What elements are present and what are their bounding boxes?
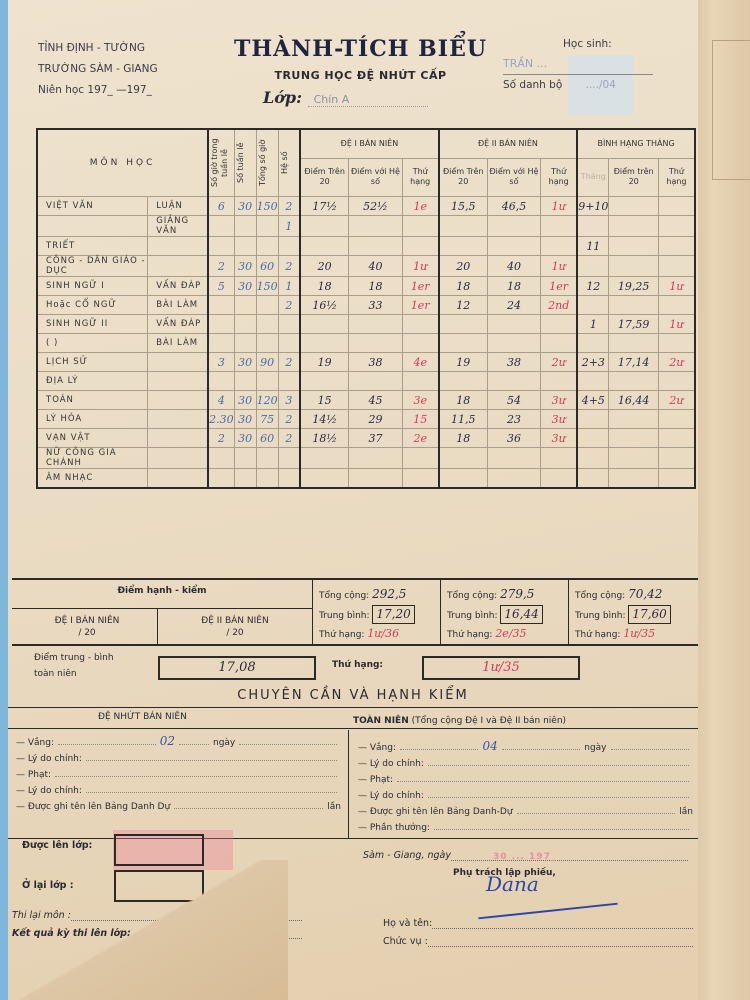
sem1-rank-cell: [402, 237, 439, 256]
student-value: TRẦN ...: [503, 54, 653, 75]
total-hours-cell: [256, 372, 278, 391]
coef-cell: 2: [278, 197, 300, 216]
subject-cell: [37, 216, 148, 237]
subject-cell: CÔNG - DÂN GIÁO - DỤC: [37, 256, 148, 277]
col-coef: Hệ số: [278, 129, 300, 197]
month-cell: 9+10: [577, 197, 609, 216]
total-hours-cell: 60: [256, 429, 278, 448]
total-hours-cell: [256, 448, 278, 469]
total-hours-cell: 120: [256, 391, 278, 410]
sem2-rank-cell: [541, 216, 578, 237]
sem1-rank-cell: 3e: [402, 391, 439, 410]
weeks-cell: 30: [234, 410, 256, 429]
sem1-coef-score-cell: [349, 469, 403, 488]
month-rank-cell: [658, 216, 695, 237]
subsubject-cell: [148, 410, 208, 429]
divider: [8, 838, 698, 839]
sem1-score-cell: 19: [300, 353, 349, 372]
month-rank-cell: [658, 296, 695, 315]
sem2-score-cell: [439, 315, 488, 334]
total-hours-cell: 90: [256, 353, 278, 372]
total-hours-cell: [256, 469, 278, 488]
coef-cell: 2: [278, 410, 300, 429]
hours-week-cell: 6: [208, 197, 234, 216]
attendance-right: — Vắng:04ngày — Lý do chính: — Phạt: — L…: [358, 738, 693, 836]
sem2-coef-score-cell: 54: [487, 391, 540, 410]
monthly-totals: Tổng cộng: 70,42 Trung bình: 17,60 Thứ h…: [568, 580, 698, 644]
subsubject-cell: VẤN ĐÁP: [148, 277, 208, 296]
hours-week-cell: [208, 448, 234, 469]
sem1-rank-cell: [402, 334, 439, 353]
total-hours-cell: 150: [256, 197, 278, 216]
hours-week-cell: [208, 216, 234, 237]
sem2-score-cell: 11,5: [439, 410, 488, 429]
sem1-rank-cell: 15: [402, 410, 439, 429]
retained-label: Ở lại lớp :: [22, 880, 74, 891]
table-row: TOÁN430120315453e18543ư4+516,442ư: [37, 391, 695, 410]
table-row: VẠN VẬT23060218½372e18363ư: [37, 429, 695, 448]
month-cell: 2+3: [577, 353, 609, 372]
sem2-coef-score-cell: [487, 237, 540, 256]
sem2-rank-cell: 1er: [541, 277, 578, 296]
sem1-score-cell: [300, 237, 349, 256]
hours-week-cell: 4: [208, 391, 234, 410]
total-hours-cell: 150: [256, 277, 278, 296]
sem1-rank-cell: 1ư: [402, 256, 439, 277]
coef-cell: 2: [278, 256, 300, 277]
sem1-score-cell: [300, 216, 349, 237]
left-absent-days: 02: [160, 733, 175, 749]
attendance-right-header: TOÀN NIÊN (Tổng cộng Đệ I và Đệ II bán n…: [353, 716, 566, 726]
sem2-score-cell: 18: [439, 429, 488, 448]
month-total: 70,42: [628, 587, 662, 601]
sem1-coef-score-cell: [349, 448, 403, 469]
total-hours-cell: [256, 334, 278, 353]
table-row: SINH NGỮ IIVẤN ĐÁP117,591ư: [37, 315, 695, 334]
sem2-rank-cell: [541, 315, 578, 334]
subject-header: MÔN HỌC: [37, 129, 208, 197]
sem1-score-cell: [300, 315, 349, 334]
school-name: TRƯỜNG SÀM - GIANG: [38, 59, 158, 80]
sem1-rank-cell: [402, 448, 439, 469]
month-cell: [577, 296, 609, 315]
sem2-coef-score-cell: [487, 469, 540, 488]
subsubject-cell: LUẬN: [148, 197, 208, 216]
sem1-rank-cell: [402, 469, 439, 488]
sem1-coef-score-cell: 29: [349, 410, 403, 429]
sem2-rank-cell: 1ư: [541, 197, 578, 216]
sem1-score-cell: 20: [300, 256, 349, 277]
subject-cell: VIỆT VĂN: [37, 197, 148, 216]
sem2-score-cell: 18: [439, 277, 488, 296]
sem2-total: 279,5: [500, 587, 534, 601]
month-cell: [577, 372, 609, 391]
table-row: LỊCH SỬ33090219384e19382ư2+317,142ư: [37, 353, 695, 372]
coef-cell: 2: [278, 429, 300, 448]
month-score-cell: 16,44: [609, 391, 658, 410]
roll-label: Số danh bộ: [503, 79, 562, 91]
weeks-cell: [234, 448, 256, 469]
month-rank: Thứ hạng: [658, 158, 695, 196]
year-avg-label: Điểm trung - bình toàn niên: [34, 650, 114, 682]
attendance-title: CHUYÊN CẦN VÀ HẠNH KIỂM: [8, 688, 698, 708]
sem2-score-cell: [439, 469, 488, 488]
month-score-cell: [609, 237, 658, 256]
total-hours-cell: [256, 296, 278, 315]
weeks-cell: [234, 315, 256, 334]
hours-week-cell: 5: [208, 277, 234, 296]
retake-field: Thi lại môn :: [12, 910, 302, 921]
sem2-score-cell: [439, 216, 488, 237]
sem2-coef-score-cell: 38: [487, 353, 540, 372]
month-score-cell: [609, 469, 658, 488]
coef-cell: [278, 315, 300, 334]
month-cell: 4+5: [577, 391, 609, 410]
subject-cell: SINH NGỮ I: [37, 277, 148, 296]
table-row: ( )BÀI LÀM: [37, 334, 695, 353]
coef-cell: 3: [278, 391, 300, 410]
school-year-end: —197_: [116, 84, 152, 96]
sem1-totals: Tổng cộng: 292,5 Trung bình: 17,20 Thứ h…: [312, 580, 440, 644]
sem2-header: ĐỆ II BÁN NIÊN: [439, 129, 577, 158]
weeks-cell: 30: [234, 197, 256, 216]
sem1-rank-cell: [402, 372, 439, 391]
sem1-score20: Điểm Trên 20: [300, 158, 349, 196]
weeks-cell: 30: [234, 429, 256, 448]
conduct-sem1: ĐỆ I BÁN NIÊN / 20: [22, 615, 152, 639]
summary-section: Điểm hạnh - kiểm ĐỆ I BÁN NIÊN / 20 ĐỆ I…: [12, 578, 698, 646]
sem2-coef-score-cell: [487, 315, 540, 334]
year-rank-label: Thứ hạng:: [332, 660, 383, 670]
document-subtitle: TRUNG HỌC ĐỆ NHỨT CẤP: [218, 69, 503, 82]
coef-cell: 2: [278, 353, 300, 372]
hours-week-cell: 2.30: [208, 410, 234, 429]
sem2-rank-cell: 3ư: [541, 429, 578, 448]
month-score-cell: 19,25: [609, 277, 658, 296]
hours-week-cell: [208, 315, 234, 334]
table-row: NỮ CÔNG GIA CHÁNH: [37, 448, 695, 469]
coef-cell: 1: [278, 277, 300, 296]
grades-table: MÔN HỌC Số giờ trong tuần lễ Số tuần lễ …: [36, 128, 696, 489]
sem2-rank-cell: 2nd: [541, 296, 578, 315]
class-field: Lớp: Chín A: [263, 88, 428, 107]
signature-stroke: [478, 903, 617, 920]
sem2-coef-score-cell: [487, 216, 540, 237]
table-row: ÂM NHẠC: [37, 469, 695, 488]
month-rank-cell: [658, 197, 695, 216]
sem2-score-cell: [439, 334, 488, 353]
subject-cell: ĐỊA LÝ: [37, 372, 148, 391]
divider: [8, 728, 698, 729]
sem2-coef-score-cell: 40: [487, 256, 540, 277]
sem1-coef-score-cell: 45: [349, 391, 403, 410]
sem1-score-coef: Điểm với Hệ số: [349, 158, 403, 196]
signature: Dana: [486, 872, 539, 896]
table-row: GIẢNG VĂN1: [37, 216, 695, 237]
hours-week-cell: [208, 469, 234, 488]
month-rank-cell: [658, 372, 695, 391]
coef-cell: 1: [278, 216, 300, 237]
month-cell: 12: [577, 277, 609, 296]
total-hours-cell: 75: [256, 410, 278, 429]
sem1-coef-score-cell: 18: [349, 277, 403, 296]
right-absent-days: 04: [482, 738, 497, 754]
month-score-cell: 17,59: [609, 315, 658, 334]
subject-cell: TRIẾT: [37, 237, 148, 256]
sem1-rank: Thứ hạng: [402, 158, 439, 196]
sem2-avg: 16,44: [500, 605, 542, 624]
sem2-score-cell: 18: [439, 391, 488, 410]
table-row: SINH NGỮ IVẤN ĐÁP530150118181er18181er12…: [37, 277, 695, 296]
month-rank-cell: [658, 256, 695, 277]
sem2-coef-score-cell: 46,5: [487, 197, 540, 216]
coef-cell: [278, 448, 300, 469]
year-average-section: Điểm trung - bình toàn niên 17,08 Thứ hạ…: [12, 648, 698, 684]
month-score-cell: [609, 197, 658, 216]
subject-cell: ÂM NHẠC: [37, 469, 148, 488]
document-title: THÀNH-TÍCH BIỂU: [218, 36, 503, 62]
month-rank-cell: 2ư: [658, 353, 695, 372]
table-row: CÔNG - DÂN GIÁO - DỤC23060220401ư20401ư: [37, 256, 695, 277]
conduct-title: Điểm hạnh - kiểm: [12, 586, 312, 596]
report-card-sheet: TỈNH ĐỊNH - TƯỜNG TRƯỜNG SÀM - GIANG Niê…: [8, 0, 698, 1000]
sem2-score-cell: 15,5: [439, 197, 488, 216]
hours-week-cell: [208, 334, 234, 353]
sem1-coef-score-cell: [349, 237, 403, 256]
sem2-score20: Điểm Trên 20: [439, 158, 488, 196]
subsubject-cell: [148, 391, 208, 410]
weeks-cell: [234, 334, 256, 353]
subject-cell: LÝ HÓA: [37, 410, 148, 429]
sem1-score-cell: 18: [300, 277, 349, 296]
hours-week-cell: 2: [208, 429, 234, 448]
sem1-score-cell: 18½: [300, 429, 349, 448]
sem2-score-cell: [439, 448, 488, 469]
total-hours-cell: 60: [256, 256, 278, 277]
weeks-cell: 30: [234, 277, 256, 296]
subject-cell: Hoặc CỔ NGỮ: [37, 296, 148, 315]
coef-cell: [278, 372, 300, 391]
month-score-cell: [609, 296, 658, 315]
sem2-coef-score-cell: 24: [487, 296, 540, 315]
month-avg: 17,60: [628, 605, 670, 624]
month-rank-cell: [658, 448, 695, 469]
month-rank-cell: 1ư: [658, 315, 695, 334]
sem2-coef-score-cell: [487, 448, 540, 469]
coef-cell: [278, 334, 300, 353]
sem1-coef-score-cell: 33: [349, 296, 403, 315]
sem2-rank-cell: 2ư: [541, 353, 578, 372]
coef-cell: 2: [278, 296, 300, 315]
sem1-rank-cell: 1er: [402, 296, 439, 315]
weeks-cell: [234, 237, 256, 256]
coef-cell: [278, 237, 300, 256]
sem1-rank-cell: [402, 216, 439, 237]
table-row: ĐỊA LÝ: [37, 372, 695, 391]
sem1-coef-score-cell: 38: [349, 353, 403, 372]
sem2-score-coef: Điểm với Hệ số: [487, 158, 540, 196]
divider: [348, 730, 349, 838]
weeks-cell: [234, 372, 256, 391]
month-cell: [577, 429, 609, 448]
month-score-cell: [609, 410, 658, 429]
subsubject-cell: BÀI LÀM: [148, 334, 208, 353]
roll-value: ..../04: [586, 79, 616, 91]
sem1-header: ĐỆ I BÁN NIÊN: [300, 129, 439, 158]
sem2-score-cell: [439, 372, 488, 391]
province: TỈNH ĐỊNH - TƯỜNG: [38, 38, 158, 59]
sem1-rank-cell: 2e: [402, 429, 439, 448]
subject-cell: VẠN VẬT: [37, 429, 148, 448]
hours-week-cell: [208, 237, 234, 256]
student-label: Học sinh:: [563, 34, 653, 54]
monthly-header: BÌNH HẠNG THÁNG: [577, 129, 695, 158]
sem1-coef-score-cell: [349, 315, 403, 334]
month-cell: 1: [577, 315, 609, 334]
weeks-cell: 30: [234, 391, 256, 410]
coef-cell: [278, 469, 300, 488]
month-cell: [577, 334, 609, 353]
sem1-coef-score-cell: [349, 216, 403, 237]
col-hours-week: Số giờ trong tuần lễ: [208, 129, 234, 197]
subsubject-cell: [148, 353, 208, 372]
sem2-score-cell: [439, 237, 488, 256]
subsubject-cell: [148, 469, 208, 488]
date-stamp: 30 ... 197_: [493, 852, 556, 862]
sem1-score-cell: 15: [300, 391, 349, 410]
total-hours-cell: [256, 237, 278, 256]
year-avg-value: 17,08: [158, 656, 316, 680]
sem2-coef-score-cell: [487, 372, 540, 391]
month-cell: [577, 256, 609, 277]
class-label: Lớp:: [263, 88, 302, 107]
sem2-rank-cell: [541, 372, 578, 391]
class-value: Chín A: [308, 93, 428, 107]
sem1-coef-score-cell: 52½: [349, 197, 403, 216]
sem1-avg: 17,20: [372, 605, 414, 624]
subsubject-cell: [148, 237, 208, 256]
month-rank-cell: [658, 469, 695, 488]
weeks-cell: 30: [234, 353, 256, 372]
conduct-row: ĐỆ I BÁN NIÊN / 20 ĐỆ II BÁN NIÊN / 20: [12, 608, 312, 644]
month-rank-value: 1ư/35: [623, 627, 655, 640]
sem2-rank-cell: [541, 334, 578, 353]
month-score-cell: [609, 448, 658, 469]
month-cell: 11: [577, 237, 609, 256]
month-rank-cell: 2ư: [658, 391, 695, 410]
month-rank-cell: [658, 429, 695, 448]
month-score-cell: [609, 372, 658, 391]
month-rank-cell: [658, 237, 695, 256]
subsubject-cell: VẤN ĐÁP: [148, 315, 208, 334]
subject-cell: NỮ CÔNG GIA CHÁNH: [37, 448, 148, 469]
table-row: LÝ HÓA2.303075214½291511,5233ư: [37, 410, 695, 429]
subject-cell: LỊCH SỬ: [37, 353, 148, 372]
sem2-coef-score-cell: 18: [487, 277, 540, 296]
subsubject-cell: [148, 372, 208, 391]
month-score-cell: [609, 216, 658, 237]
subject-cell: TOÁN: [37, 391, 148, 410]
weeks-cell: [234, 296, 256, 315]
sem1-coef-score-cell: [349, 372, 403, 391]
promoted-label: Được lên lớp:: [22, 840, 92, 851]
month-rank-cell: 1ư: [658, 277, 695, 296]
promoted-box: [114, 834, 204, 866]
attendance-left-header: ĐỆ NHỨT BÁN NIÊN: [98, 712, 187, 722]
sem1-score-cell: [300, 448, 349, 469]
subject-cell: SINH NGỮ II: [37, 315, 148, 334]
month-cell: [577, 216, 609, 237]
sem1-coef-score-cell: 37: [349, 429, 403, 448]
sem2-rank-cell: 3ư: [541, 410, 578, 429]
sem2-totals: Tổng cộng: 279,5 Trung bình: 16,44 Thứ h…: [440, 580, 568, 644]
retained-box: [114, 870, 204, 902]
month-cell: [577, 448, 609, 469]
table-row: TRIẾT11: [37, 237, 695, 256]
hours-week-cell: 3: [208, 353, 234, 372]
sem2-score-cell: 20: [439, 256, 488, 277]
sem2-rank-cell: [541, 448, 578, 469]
header-left: TỈNH ĐỊNH - TƯỜNG TRƯỜNG SÀM - GIANG Niê…: [38, 38, 158, 101]
hours-week-cell: 2: [208, 256, 234, 277]
subsubject-cell: [148, 256, 208, 277]
total-hours-cell: [256, 216, 278, 237]
subject-cell: ( ): [37, 334, 148, 353]
subsubject-cell: [148, 429, 208, 448]
month-score-cell: [609, 429, 658, 448]
table-row: Hoặc CỔ NGỮBÀI LÀM216½331er12242nd: [37, 296, 695, 315]
month-rank-cell: [658, 334, 695, 353]
month-cell: [577, 469, 609, 488]
sem1-rank-cell: 1e: [402, 197, 439, 216]
table-row: VIỆT VĂNLUẬN630150217½52½1e15,546,51ư9+1…: [37, 197, 695, 216]
sem2-coef-score-cell: 23: [487, 410, 540, 429]
weeks-cell: [234, 469, 256, 488]
school-year: Niên học 197_ —197_: [38, 80, 158, 101]
weeks-cell: 30: [234, 256, 256, 277]
sem2-rank-cell: [541, 469, 578, 488]
attendance-left: — Vắng:02ngày — Lý do chính: — Phạt: — L…: [16, 733, 341, 815]
subsubject-cell: GIẢNG VĂN: [148, 216, 208, 237]
sem1-score-cell: 17½: [300, 197, 349, 216]
total-hours-cell: [256, 315, 278, 334]
month-score: Điểm trên 20: [609, 158, 658, 196]
month-score-cell: [609, 334, 658, 353]
sem1-coef-score-cell: [349, 334, 403, 353]
col-weeks: Số tuần lễ: [234, 129, 256, 197]
sem2-rank-cell: 1ư: [541, 256, 578, 277]
sem1-score-cell: [300, 334, 349, 353]
school-year-start: 197_: [87, 84, 112, 96]
month-score-cell: [609, 256, 658, 277]
sem1-score-cell: 16½: [300, 296, 349, 315]
sem2-coef-score-cell: [487, 334, 540, 353]
exam-result-field: Kết quả kỳ thi lên lớp:: [12, 928, 302, 939]
sem2-rank: Thứ hạng: [541, 158, 578, 196]
sem2-rank-cell: 3ư: [541, 391, 578, 410]
school-year-label: Niên học: [38, 84, 84, 96]
hours-week-cell: [208, 296, 234, 315]
adjacent-page-edge: [690, 0, 750, 1000]
year-rank-value: 1ư/35: [422, 656, 580, 680]
fullname-field: Họ và tên:: [383, 918, 693, 929]
month-cell: [577, 410, 609, 429]
sem1-score-cell: [300, 372, 349, 391]
sem2-coef-score-cell: 36: [487, 429, 540, 448]
hours-week-cell: [208, 372, 234, 391]
sem2-rank-cell: [541, 237, 578, 256]
weeks-cell: [234, 216, 256, 237]
